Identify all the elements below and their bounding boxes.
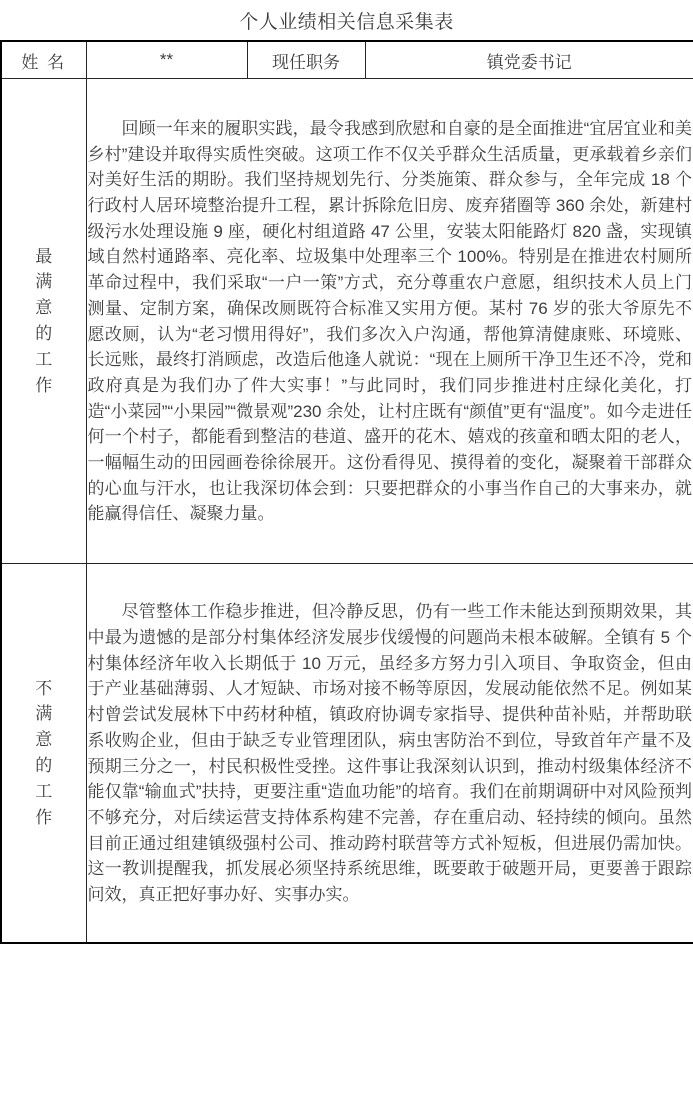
name-label-cell: 姓 名 [1, 41, 86, 79]
page-title: 个人业绩相关信息采集表 [0, 0, 693, 40]
most-satisfying-work-label: 最满意的工作 [34, 244, 53, 399]
most-satisfying-work-row: 最满意的工作 回顾一年来的履职实践，最令我感到欣慰和自豪的是全面推进“宜居宜业和… [1, 79, 693, 564]
info-collection-table: 姓 名 ** 现任职务 镇党委书记 最满意的工作 回顾一年来的履职实践，最令我感… [0, 40, 693, 944]
most-satisfying-work-label-cell: 最满意的工作 [1, 79, 86, 564]
unsatisfying-work-label-cell: 不满意的工作 [1, 564, 86, 944]
most-satisfying-work-text: 回顾一年来的履职实践，最令我感到欣慰和自豪的是全面推进“宜居宜业和美乡村”建设并… [88, 116, 693, 527]
unsatisfying-work-text: 尽管整体工作稳步推进，但冷静反思，仍有一些工作未能达到预期效果，其中最为遗憾的是… [88, 599, 693, 907]
name-value-cell: ** [86, 41, 247, 79]
header-row: 姓 名 ** 现任职务 镇党委书记 [1, 41, 693, 79]
position-value-cell: 镇党委书记 [365, 41, 693, 79]
most-satisfying-work-content-cell: 回顾一年来的履职实践，最令我感到欣慰和自豪的是全面推进“宜居宜业和美乡村”建设并… [86, 79, 693, 564]
unsatisfying-work-label: 不满意的工作 [34, 676, 53, 831]
unsatisfying-work-content-cell: 尽管整体工作稳步推进，但冷静反思，仍有一些工作未能达到预期效果，其中最为遗憾的是… [86, 564, 693, 944]
unsatisfying-work-row: 不满意的工作 尽管整体工作稳步推进，但冷静反思，仍有一些工作未能达到预期效果，其… [1, 564, 693, 944]
position-label-cell: 现任职务 [247, 41, 365, 79]
